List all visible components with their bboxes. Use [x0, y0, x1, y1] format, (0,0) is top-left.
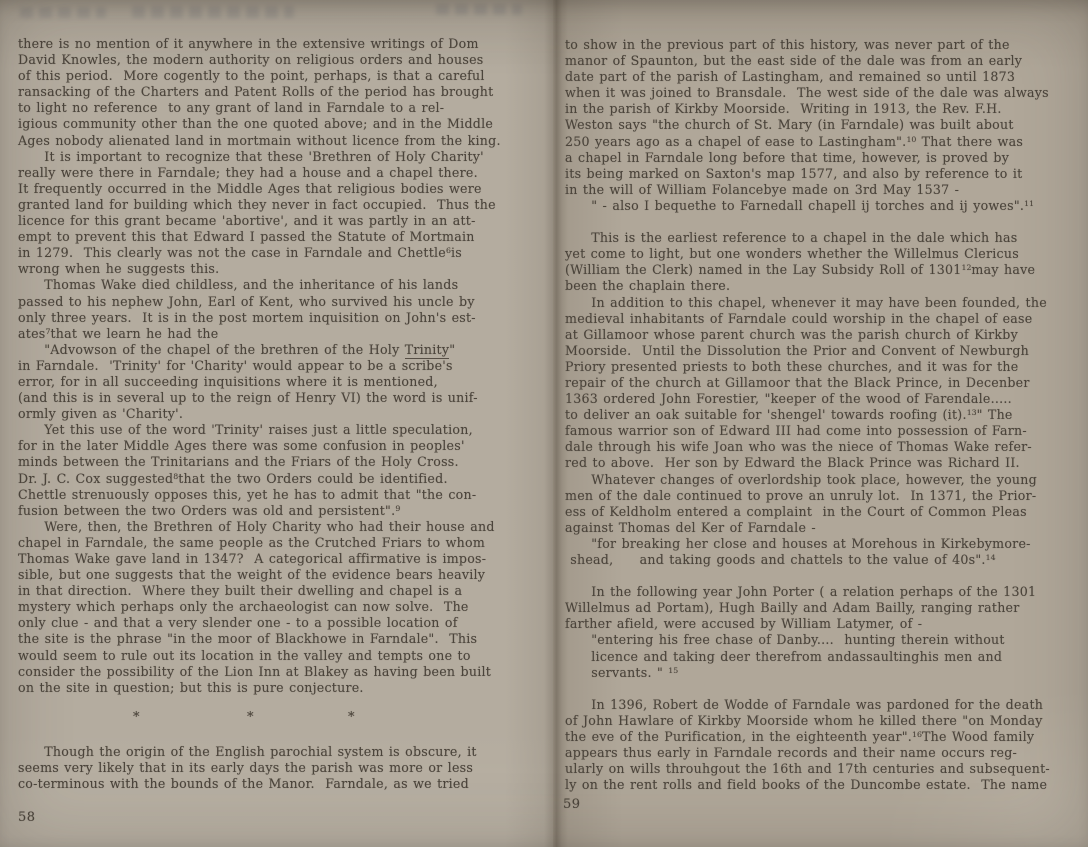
show-through-text-smudge	[20, 7, 106, 18]
text-line: Weston says "the church of St. Mary (in …	[565, 117, 1080, 133]
text-line: only three years. It is in the post mort…	[18, 310, 530, 326]
text-line: Moorside. Until the Dissolution the Prio…	[565, 343, 1080, 359]
right-page-text: to show in the previous part of this his…	[565, 37, 1080, 793]
text-line: ates7that we learn he had the	[18, 326, 530, 342]
text-line: against Thomas del Ker of Farndale -	[565, 520, 1080, 536]
text-line: a chapel in Farndale long before that ti…	[565, 150, 1080, 166]
right-page: to show in the previous part of this his…	[553, 0, 1088, 847]
text-line: ess of Keldholm entered a complaint in t…	[565, 504, 1080, 520]
text-line: mystery which perhaps only the archaeolo…	[18, 599, 530, 615]
text-line: in Farndale. 'Trinity' for 'Charity' wou…	[18, 358, 530, 374]
text-line: It frequently occurred in the Middle Age…	[18, 181, 530, 197]
text-line: licence and taking deer therefrom andass…	[565, 649, 1080, 665]
text-line	[565, 568, 1080, 584]
text-line: Whatever changes of overlordship took pl…	[565, 472, 1080, 488]
text-line: sible, but one suggests that the weight …	[18, 567, 530, 583]
text-line: igious community other than the one quot…	[18, 116, 530, 132]
text-line: Priory presented priests to both these c…	[565, 359, 1080, 375]
text-line: shead, and taking goods and chattels to …	[565, 552, 1080, 568]
text-line: red to above. Her son by Edward the Blac…	[565, 455, 1080, 471]
text-line: consider the possibility of the Lion Inn…	[18, 664, 530, 680]
text-line: to deliver an oak suitable for 'shengel'…	[565, 407, 1080, 423]
left-page-text: there is no mention of it anywhere in th…	[18, 36, 530, 792]
text-line: in the parish of Kirkby Moorside. Writin…	[565, 101, 1080, 117]
text-line	[18, 696, 530, 712]
text-line: repair of the church at Gillamoor that t…	[565, 375, 1080, 391]
text-line: ormly given as 'Charity'.	[18, 406, 530, 422]
text-line: fusion between the two Orders was old an…	[18, 503, 530, 519]
left-page: there is no mention of it anywhere in th…	[0, 0, 553, 847]
text-line: in the will of William Folancebye made o…	[565, 182, 1080, 198]
text-line: Though the origin of the English parochi…	[18, 744, 530, 760]
text-line: medieval inhabitants of Farndale could w…	[565, 311, 1080, 327]
text-line: servants. " 15	[565, 665, 1080, 681]
text-line: on the site in question; but this is pur…	[18, 680, 530, 696]
text-line: to light no reference to any grant of la…	[18, 100, 530, 116]
text-line: been the chaplain there.	[565, 278, 1080, 294]
right-page-number: 59	[563, 797, 581, 812]
text-line: Willelmus ad Portam), Hugh Bailly and Ad…	[565, 600, 1080, 616]
text-line: In addition to this chapel, whenever it …	[565, 295, 1080, 311]
text-line: (William the Clerk) named in the Lay Sub…	[565, 262, 1080, 278]
show-through-text-smudge	[436, 4, 522, 15]
text-line: manor of Spaunton, but the east side of …	[565, 53, 1080, 69]
text-line: the eve of the Purification, in the eigh…	[565, 729, 1080, 745]
text-line: for in the later Middle Ages there was s…	[18, 438, 530, 454]
text-line: licence for this grant became 'abortive'…	[18, 213, 530, 229]
text-line: dale through his wife Joan who was the n…	[565, 439, 1080, 455]
text-line: ransacking of the Charters and Patent Ro…	[18, 84, 530, 100]
text-line	[18, 728, 530, 744]
text-line: 250 years ago as a chapel of ease to Las…	[565, 134, 1080, 150]
text-line: co-terminous with the bounds of the Mano…	[18, 776, 530, 792]
text-line: minds between the Trinitarians and the F…	[18, 454, 530, 470]
text-line: to show in the previous part of this his…	[565, 37, 1080, 53]
text-line: granted land for building which they nev…	[18, 197, 530, 213]
text-line	[565, 214, 1080, 230]
book-spread: there is no mention of it anywhere in th…	[0, 0, 1088, 847]
text-line: Were, then, the Brethren of Holy Charity…	[18, 519, 530, 535]
text-line: David Knowles, the modern authority on r…	[18, 52, 530, 68]
text-line: farther afield, were accused by William …	[565, 616, 1080, 632]
text-line: date part of the parish of Lastingham, a…	[565, 69, 1080, 85]
text-line: passed to his nephew John, Earl of Kent,…	[18, 294, 530, 310]
text-line: Ages nobody alienated land in mortmain w…	[18, 133, 530, 149]
text-line: there is no mention of it anywhere in th…	[18, 36, 530, 52]
text-line: ularly on wills throuhgout the 16th and …	[565, 761, 1080, 777]
text-line: only clue - and that a very slender one …	[18, 615, 530, 631]
text-line: in that direction. Where they built thei…	[18, 583, 530, 599]
text-line: Thomas Wake died childless, and the inhe…	[18, 277, 530, 293]
text-line: wrong when he suggests this.	[18, 261, 530, 277]
text-line: This is the earliest reference to a chap…	[565, 230, 1080, 246]
section-separator: ***	[18, 712, 530, 728]
text-line: "Advowson of the chapel of the brethren …	[18, 342, 530, 358]
text-line: men of the dale continued to prove an un…	[565, 488, 1080, 504]
text-line: would seem to rule out its location in t…	[18, 648, 530, 664]
text-line: (and this is in several up to the reign …	[18, 390, 530, 406]
text-line: the site is the phrase "in the moor of B…	[18, 631, 530, 647]
text-line: In the following year John Porter ( a re…	[565, 584, 1080, 600]
text-line: famous warrior son of Edward III had com…	[565, 423, 1080, 439]
text-line: of this period. More cogently to the poi…	[18, 68, 530, 84]
text-line: Yet this use of the word 'Trinity' raise…	[18, 422, 530, 438]
text-line: in 1279. This clearly was not the case i…	[18, 245, 530, 261]
text-line: In 1396, Robert de Wodde of Farndale was…	[565, 697, 1080, 713]
text-line: Thomas Wake gave land in 1347? A categor…	[18, 551, 530, 567]
text-line: really were there in Farndale; they had …	[18, 165, 530, 181]
show-through-text-smudge	[132, 6, 294, 18]
text-line: "for breaking her close and houses at Mo…	[565, 536, 1080, 552]
text-line: empt to prevent this that Edward I passe…	[18, 229, 530, 245]
text-line: chapel in Farndale, the same people as t…	[18, 535, 530, 551]
text-line: It is important to recognize that these …	[18, 149, 530, 165]
text-line: 1363 ordered John Forestier, "keeper of …	[565, 391, 1080, 407]
text-line: error, for in all succeeding inquisition…	[18, 374, 530, 390]
text-line: seems very likely that in its early days…	[18, 760, 530, 776]
text-line: when it was joined to Bransdale. The wes…	[565, 85, 1080, 101]
left-page-number: 58	[18, 810, 36, 825]
text-line: " - also I bequethe to Farnedall chapell…	[565, 198, 1080, 214]
text-line: appears thus early in Farndale records a…	[565, 745, 1080, 761]
text-line: at Gillamoor whose parent church was the…	[565, 327, 1080, 343]
text-line: Chettle strenuously opposes this, yet he…	[18, 487, 530, 503]
text-line: ly on the rent rolls and field books of …	[565, 777, 1080, 793]
text-line	[565, 681, 1080, 697]
text-line: its being marked on Saxton's map 1577, a…	[565, 166, 1080, 182]
text-line: of John Hawlare of Kirkby Moorside whom …	[565, 713, 1080, 729]
text-line: yet come to light, but one wonders wheth…	[565, 246, 1080, 262]
text-line: "entering his free chase of Danby.... hu…	[565, 632, 1080, 648]
text-line: Dr. J. C. Cox suggested8that the two Ord…	[18, 471, 530, 487]
